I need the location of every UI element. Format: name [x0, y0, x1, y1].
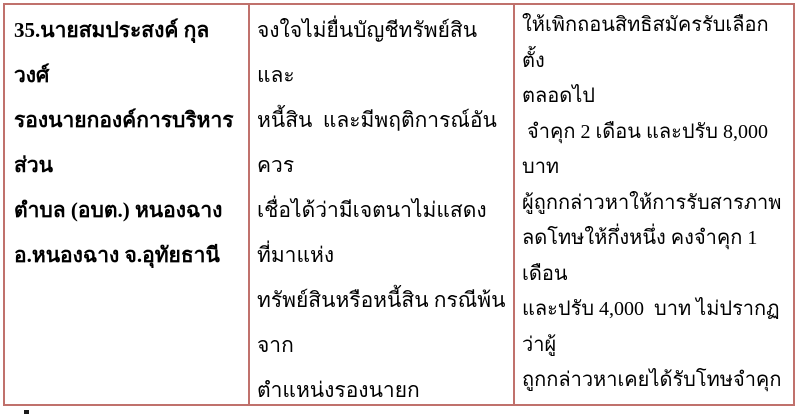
case-table-row: 35.นายสมประสงค์ กุลวงศ์ รองนายกองค์การบร…	[3, 3, 795, 406]
document-page: 35.นายสมประสงค์ กุลวงศ์ รองนายกองค์การบร…	[0, 0, 800, 416]
cell-court-ruling: ให้เพิกถอนสิทธิสมัครรับเลือกตั้ง ตลอดไป …	[515, 5, 793, 404]
next-row-cutoff-artifact	[24, 410, 29, 414]
cell-person-name-position: 35.นายสมประสงค์ กุลวงศ์ รองนายกองค์การบร…	[5, 5, 250, 404]
cell-offense-description: จงใจไม่ยื่นบัญชีทรัพย์สินและ หนี้สิน และ…	[250, 5, 515, 404]
